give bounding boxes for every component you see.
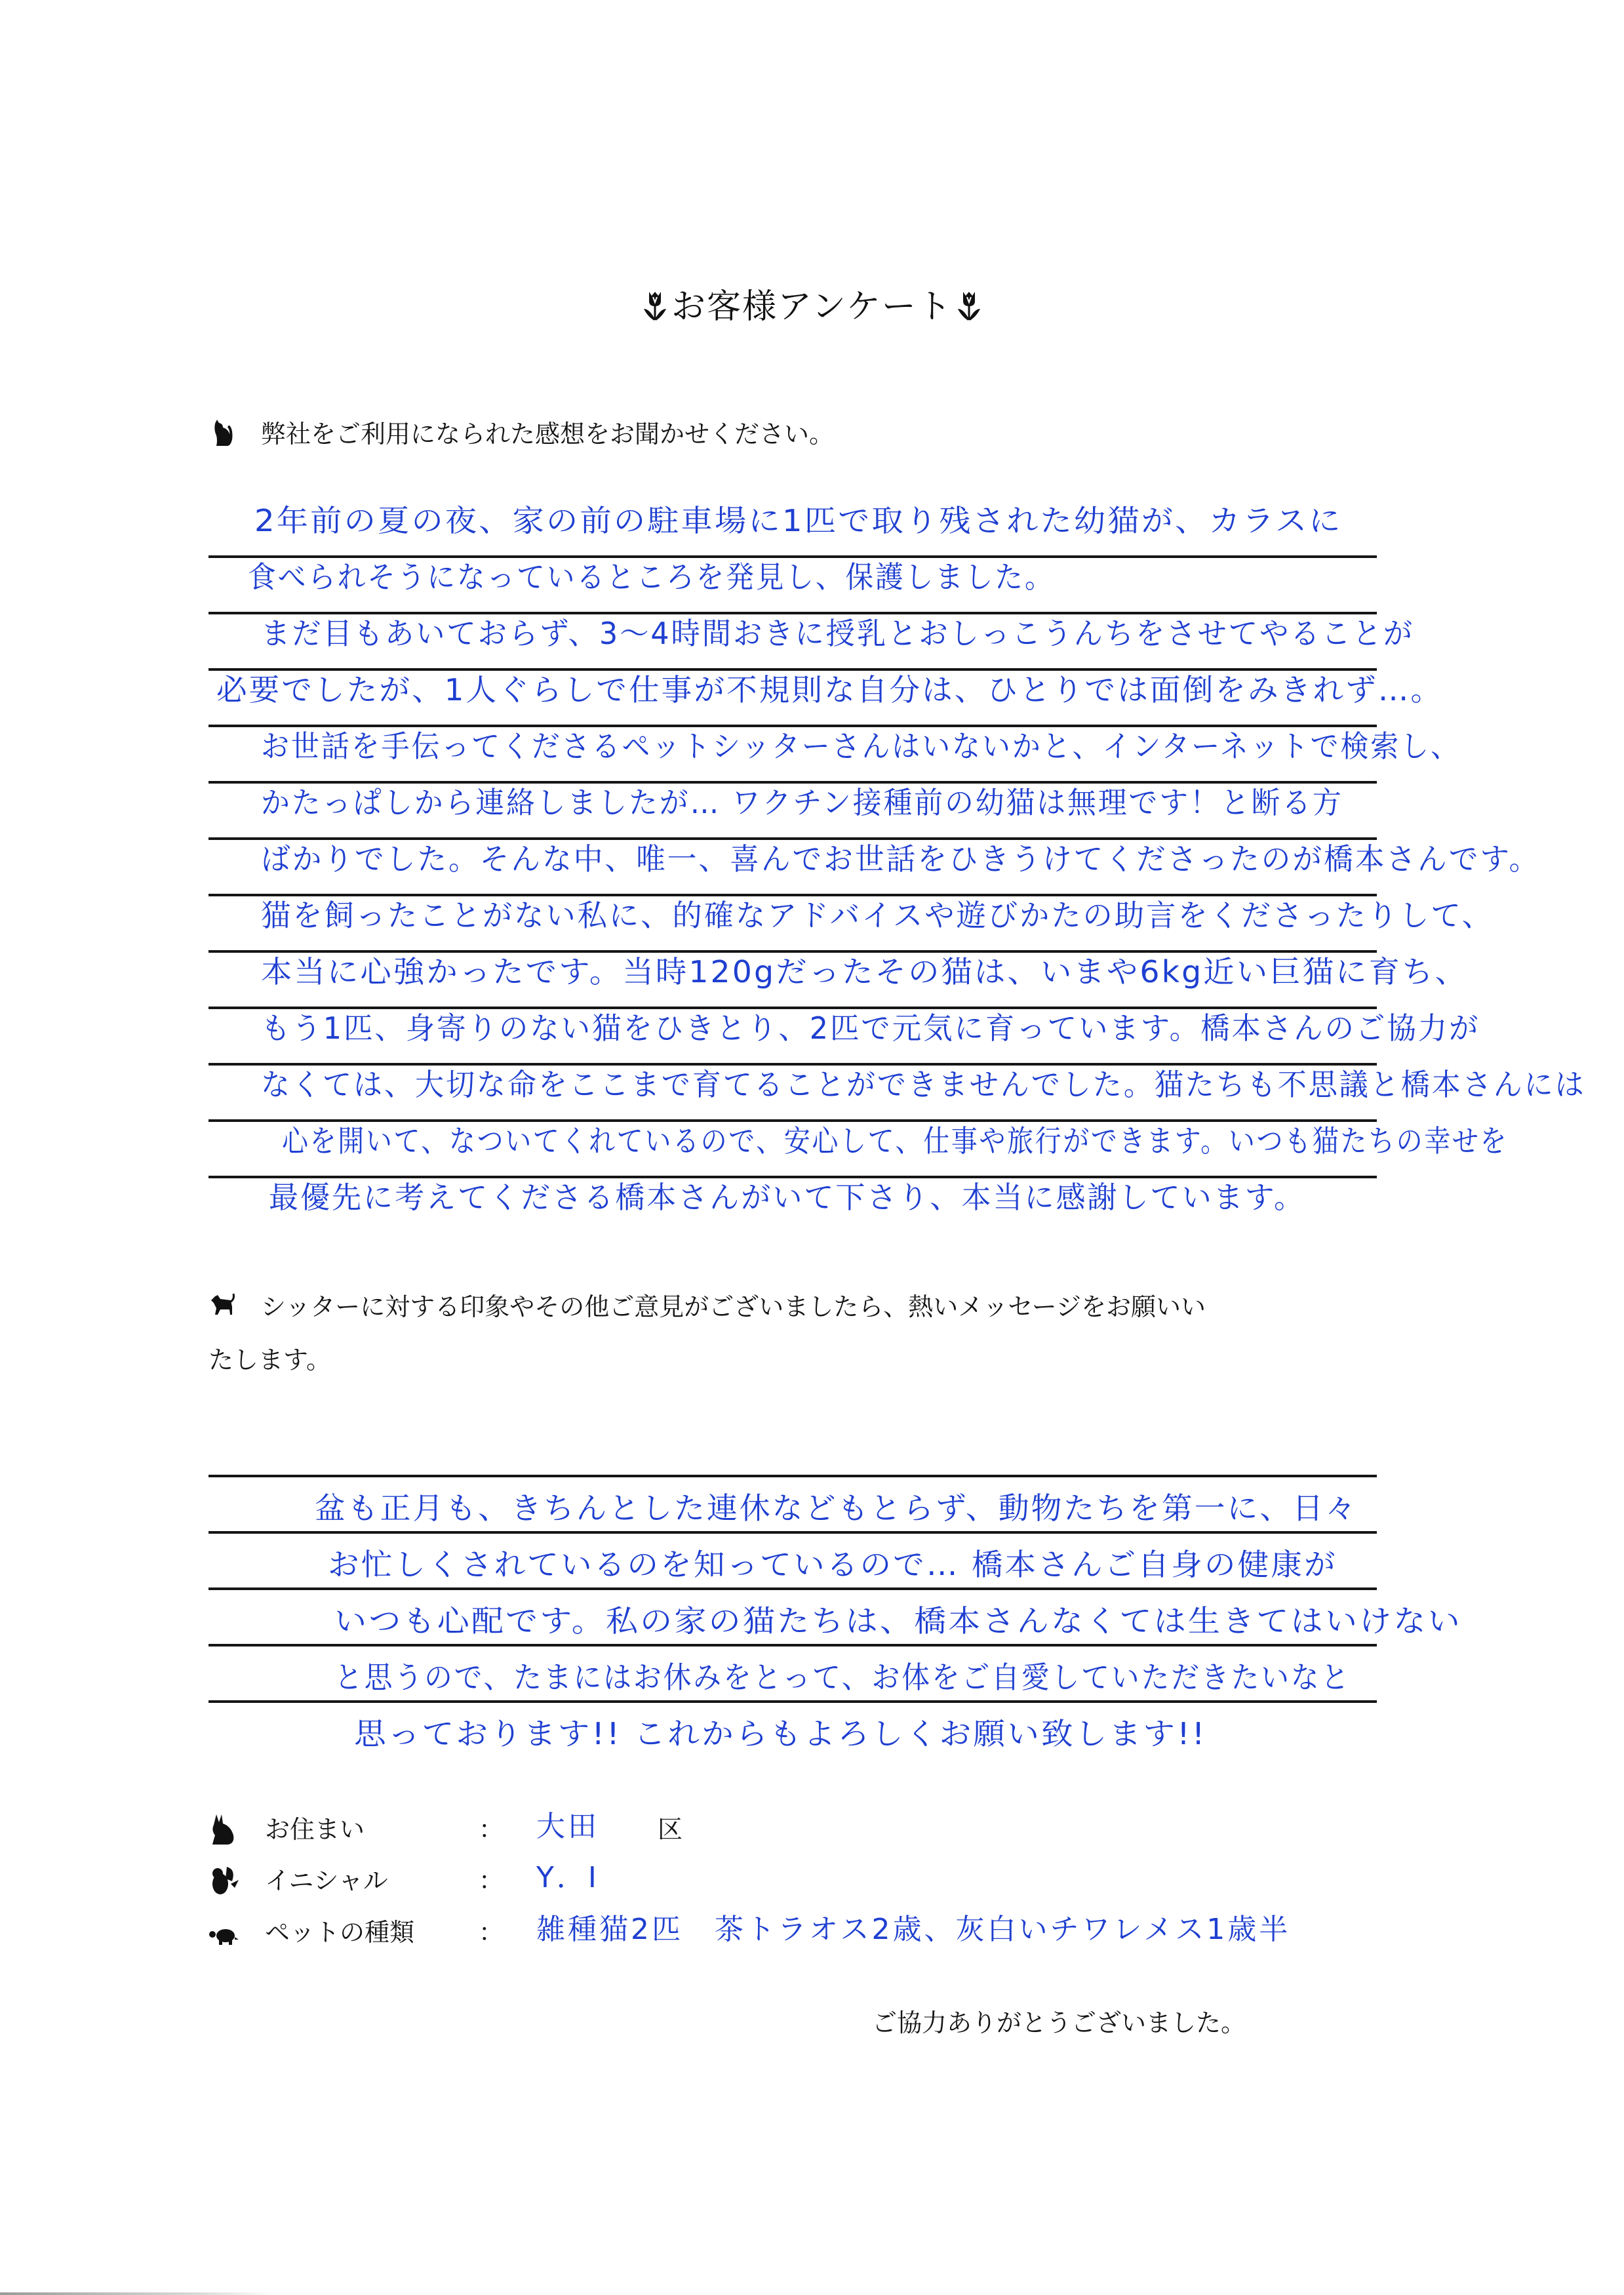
ruled-line	[208, 1587, 1377, 1590]
initials-value: Y．I	[536, 1855, 599, 1901]
handwritten-line: まだ目もあいておらず、3〜4時間おきに授乳とおしっこうんちをさせてやることが	[261, 614, 1414, 653]
question2-text-line1: シッターに対する印象やその他ご意見がございましたら、熱いメッセージをお願いい	[261, 1292, 1206, 1321]
info-row-initials: イニシャル ： Y．I	[208, 1858, 1454, 1904]
bird-icon	[208, 1864, 239, 1897]
handwritten-line: 2年前の夏の夜、家の前の駐車場に1匹で取り残された幼猫が、カラスに	[254, 501, 1343, 540]
handwritten-line: かたっぱしから連絡しましたが… ワクチン接種前の幼猫は無理です！と断る方	[261, 783, 1343, 822]
thank-you-message: ご協力ありがとうございました。	[872, 2000, 1246, 2046]
question1-prompt: 弊社をご利用になられた感想をお聞かせください。	[208, 409, 1389, 459]
question2-prompt: シッターに対する印象やその他ご意見がございましたら、熱いメッセージをお願いい	[208, 1282, 1402, 1332]
handwritten-line: 本当に心強かったです。当時120gだったその猫は、いまや6kg近い巨猫に育ち、	[261, 952, 1468, 991]
ruled-line	[208, 1475, 1377, 1477]
dog-icon	[208, 1291, 237, 1320]
handwritten-line: いつも心配です。私の家の猫たちは、橋本さんなくては生きてはいけない	[334, 1601, 1462, 1641]
question2-prompt-line2: たします。	[208, 1335, 331, 1385]
ruled-line	[208, 1531, 1377, 1534]
ruled-line	[208, 1700, 1377, 1703]
tulip-icon	[643, 290, 667, 322]
rabbit-icon	[208, 1813, 239, 1846]
handwritten-line: 盆も正月も、きちんとした連休などもとらず、動物たちを第一に、日々	[315, 1488, 1358, 1528]
handwritten-line: ばかりでした。そんな中、唯一、喜んでお世話をひきうけてくださったのが橋本さんです…	[261, 839, 1540, 879]
handwritten-line: お忙しくされているのを知っているので… 橋本さんご自身の健康が	[328, 1545, 1337, 1584]
initials-colon: ：	[479, 1858, 504, 1904]
question2-text-line2: たします。	[208, 1346, 331, 1374]
info-row-residence: お住まい ： 大田 区	[208, 1806, 1454, 1852]
residence-suffix: 区	[658, 1806, 683, 1852]
handwritten-line: もう1匹、身寄りのない猫をひきとり、2匹で元気に育っています。橋本さんのご協力が	[261, 1008, 1480, 1048]
info-row-pet-type: ペットの種類 ： 雑種猫2匹 茶トラオス2歳、灰白いチワレメス1歳半	[208, 1909, 1454, 1955]
handwritten-line: 心を開いて、なついてくれているので、安心して、仕事や旅行ができます。いつも猫たち…	[282, 1121, 1508, 1161]
residence-colon: ：	[479, 1806, 504, 1852]
handwritten-line: 食べられそうになっているところを発見し、保護しました。	[248, 557, 1054, 597]
turtle-icon	[208, 1916, 239, 1949]
pet-type-value: 雑種猫2匹 茶トラオス2歳、灰白いチワレメス1歳半	[536, 1907, 1290, 1953]
handwritten-line: お世話を手伝ってくださるペットシッターさんはいないかと、インターネットで検索し、	[261, 727, 1461, 766]
ruled-line	[208, 1644, 1377, 1646]
handwritten-line: なくては、大切な命をここまで育てることができませんでした。猫たちも不思議と橋本さ…	[261, 1065, 1586, 1104]
handwritten-line: 猫を飼ったことがない私に、的確なアドバイスや遊びかたの助言をくださったりして、	[261, 896, 1494, 935]
handwritten-line: 必要でしたが、1人ぐらしで仕事が不規則な自分は、ひとりでは面倒をみきれず…。	[216, 670, 1443, 709]
tulip-icon	[957, 290, 981, 322]
scan-edge	[0, 2292, 275, 2295]
handwritten-line: と思うので、たまにはお休みをとって、お体をご自愛していただきたいなと	[334, 1658, 1351, 1697]
handwritten-line: 最優先に考えてくださる橋本さんがいて下さり、本当に感謝しています。	[269, 1178, 1305, 1217]
cat-icon	[208, 418, 237, 447]
residence-value: 大田	[536, 1804, 599, 1850]
residence-label: お住まい	[265, 1806, 365, 1852]
title-text: お客様アンケート	[671, 287, 953, 327]
question1-text: 弊社をご利用になられた感想をお聞かせください。	[261, 420, 834, 449]
handwritten-line: 思っております!! これからもよろしくお願い致します!!	[354, 1714, 1207, 1753]
initials-label: イニシャル	[265, 1858, 388, 1904]
pet-type-label: ペットの種類	[265, 1909, 414, 1955]
survey-title: お客様アンケート	[0, 281, 1624, 333]
pet-type-colon: ：	[479, 1909, 504, 1955]
